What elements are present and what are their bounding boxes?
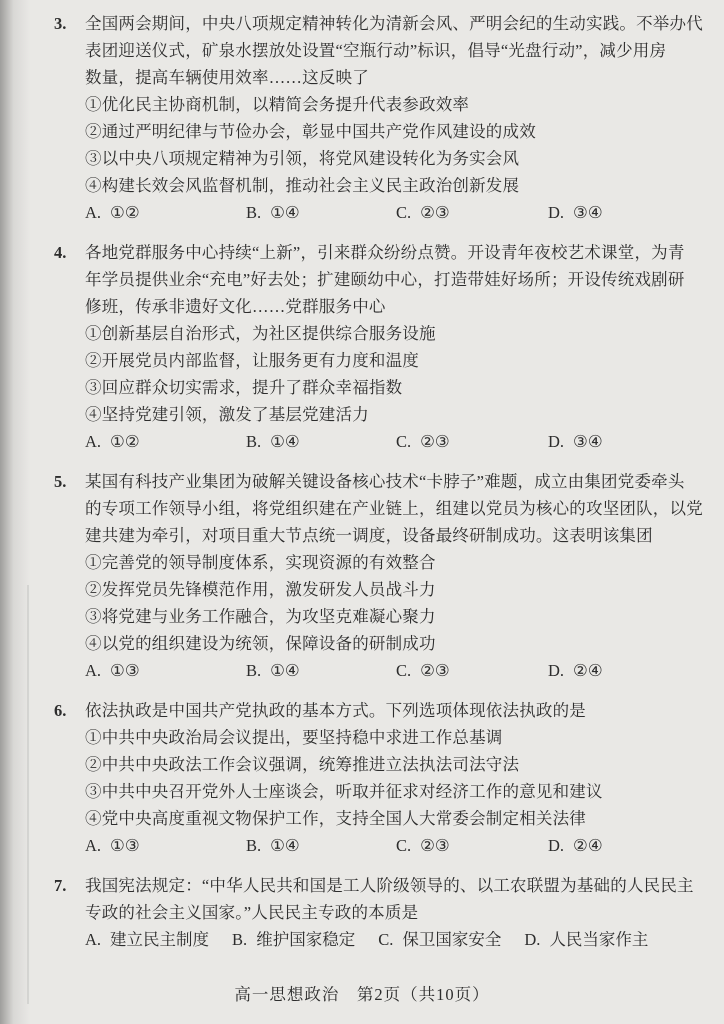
option-B: B.①④ xyxy=(246,832,396,859)
option-value: ②③ xyxy=(420,836,450,855)
questions-list: 3.全国两会期间，中央八项规定精神转化为清新会风、严明会纪的生动实践。不举办代表… xyxy=(85,10,680,966)
statement-line: ②中共中央政法工作会议强调，统筹推进立法执法司法守法 xyxy=(85,751,680,778)
footer-text: 高一思想政治 第2页（共10页） xyxy=(234,985,489,1004)
option-D: D.人民当家作主 xyxy=(524,926,648,953)
options-row: A.①③B.①④C.②③D.②④ xyxy=(85,832,680,859)
question-4: 4.各地党群服务中心持续“上新”，引来群众纷纷点赞。开设青年夜校艺术课堂，为青年… xyxy=(85,239,680,455)
stem-line: 年学员提供业余“充电”好去处；扩建颐幼中心，打造带娃好场所；开设传统戏剧研 xyxy=(85,266,680,293)
option-label: B. xyxy=(246,836,261,855)
option-value: 保卫国家安全 xyxy=(402,930,501,949)
scan-crease-line xyxy=(27,585,29,1004)
option-label: B. xyxy=(232,930,247,949)
option-label: D. xyxy=(524,930,540,949)
stem-line: 全国两会期间，中央八项规定精神转化为清新会风、严明会纪的生动实践。不举办代 xyxy=(85,10,680,37)
option-C: C.保卫国家安全 xyxy=(378,926,501,953)
statement-line: ①完善党的领导制度体系，实现资源的有效整合 xyxy=(85,549,680,576)
statement-line: ②开展党员内部监督，让服务更有力度和温度 xyxy=(85,347,680,374)
option-A: A.建立民主制度 xyxy=(85,926,209,953)
option-A: A.①③ xyxy=(85,657,246,684)
option-C: C.②③ xyxy=(396,832,548,859)
option-B: B.①④ xyxy=(246,199,396,226)
option-A: A.①③ xyxy=(85,832,246,859)
option-label: A. xyxy=(85,661,101,680)
option-value: ②③ xyxy=(420,661,450,680)
statement-line: ③回应群众切实需求，提升了群众幸福指数 xyxy=(85,374,680,401)
exam-page: 3.全国两会期间，中央八项规定精神转化为清新会风、严明会纪的生动实践。不举办代表… xyxy=(0,0,724,1024)
option-value: ③④ xyxy=(573,203,603,222)
question-number: 7. xyxy=(54,872,66,899)
option-value: ②④ xyxy=(573,661,603,680)
option-label: A. xyxy=(85,836,101,855)
option-value: ①② xyxy=(110,432,140,451)
statement-line: ④党中央高度重视文物保护工作，支持全国人大常委会制定相关法律 xyxy=(85,805,680,832)
option-B: B.①④ xyxy=(246,657,396,684)
option-label: B. xyxy=(246,203,261,222)
statement-line: ①创新基层自治形式，为社区提供综合服务设施 xyxy=(85,320,680,347)
question-7: 7.我国宪法规定：“中华人民共和国是工人阶级领导的、以工农联盟为基础的人民民主专… xyxy=(85,872,680,953)
option-label: C. xyxy=(396,203,411,222)
option-value: ①④ xyxy=(270,203,300,222)
options-row: A.建立民主制度B.维护国家稳定C.保卫国家安全D.人民当家作主 xyxy=(85,926,680,953)
option-label: D. xyxy=(548,203,564,222)
option-label: C. xyxy=(396,432,411,451)
option-value: ②③ xyxy=(420,203,450,222)
stem-line: 专政的社会主义国家。”人民民主专政的本质是 xyxy=(85,899,680,926)
option-A: A.①② xyxy=(85,199,246,226)
option-value: ②③ xyxy=(420,432,450,451)
option-value: ③④ xyxy=(573,432,603,451)
statement-line: ①优化民主协商机制，以精简会务提升代表参政效率 xyxy=(85,91,680,118)
options-row: A.①③B.①④C.②③D.②④ xyxy=(85,657,680,684)
option-label: B. xyxy=(246,432,261,451)
option-D: D.②④ xyxy=(548,657,680,684)
option-label: A. xyxy=(85,203,101,222)
statement-line: ④构建长效会风监督机制，推动社会主义民主政治创新发展 xyxy=(85,172,680,199)
statement-line: ④以党的组织建设为统领，保障设备的研制成功 xyxy=(85,630,680,657)
stem-line: 我国宪法规定：“中华人民共和国是工人阶级领导的、以工农联盟为基础的人民民主 xyxy=(85,872,680,899)
option-label: D. xyxy=(548,432,564,451)
option-label: A. xyxy=(85,930,101,949)
stem-line: 修班，传承非遗好文化……党群服务中心 xyxy=(85,293,680,320)
option-value: ①② xyxy=(110,203,140,222)
stem-line: 建共建为牵引，对项目重大节点统一调度，设备最终研制成功。这表明该集团 xyxy=(85,522,680,549)
statement-line: ③中共中央召开党外人士座谈会，听取并征求对经济工作的意见和建议 xyxy=(85,778,680,805)
statement-line: ①中共中央政治局会议提出，要坚持稳中求进工作总基调 xyxy=(85,724,680,751)
option-D: D.③④ xyxy=(548,199,680,226)
stem-line: 数量，提高车辆使用效率……这反映了 xyxy=(85,64,680,91)
option-D: D.③④ xyxy=(548,428,680,455)
option-value: ①③ xyxy=(110,836,140,855)
option-value: ①④ xyxy=(270,836,300,855)
option-value: ①③ xyxy=(110,661,140,680)
options-row: A.①②B.①④C.②③D.③④ xyxy=(85,199,680,226)
option-value: ①④ xyxy=(270,432,300,451)
page-footer: 高一思想政治 第2页（共10页） xyxy=(0,981,724,1005)
question-number: 4. xyxy=(54,239,66,266)
question-number: 5. xyxy=(54,468,66,495)
option-value: 建立民主制度 xyxy=(110,930,209,949)
question-number: 6. xyxy=(54,697,66,724)
option-value: 人民当家作主 xyxy=(549,930,648,949)
option-label: C. xyxy=(378,930,393,949)
stem-line: 表团迎送仪式，矿泉水摆放处设置“空瓶行动”标识，倡导“光盘行动”，减少用房 xyxy=(85,37,680,64)
question-number: 3. xyxy=(54,10,66,37)
option-B: B.维护国家稳定 xyxy=(232,926,355,953)
option-C: C.②③ xyxy=(396,428,548,455)
option-C: C.②③ xyxy=(396,199,548,226)
option-value: ②④ xyxy=(573,836,603,855)
option-B: B.①④ xyxy=(246,428,396,455)
stem-line: 依法执政是中国共产党执政的基本方式。下列选项体现依法执政的是 xyxy=(85,697,680,724)
option-D: D.②④ xyxy=(548,832,680,859)
option-label: D. xyxy=(548,661,564,680)
option-label: B. xyxy=(246,661,261,680)
statement-line: ④坚持党建引领，激发了基层党建活力 xyxy=(85,401,680,428)
stem-line: 各地党群服务中心持续“上新”，引来群众纷纷点赞。开设青年夜校艺术课堂，为青 xyxy=(85,239,680,266)
question-3: 3.全国两会期间，中央八项规定精神转化为清新会风、严明会纪的生动实践。不举办代表… xyxy=(85,10,680,226)
scan-left-shadow xyxy=(0,0,30,1024)
option-label: D. xyxy=(548,836,564,855)
question-5: 5.某国有科技产业集团为破解关键设备核心技术“卡脖子”难题，成立由集团党委牵头的… xyxy=(85,468,680,684)
option-C: C.②③ xyxy=(396,657,548,684)
stem-line: 的专项工作领导小组，将党组织建在产业链上，组建以党员为核心的攻坚团队，以党 xyxy=(85,495,680,522)
option-A: A.①② xyxy=(85,428,246,455)
option-label: C. xyxy=(396,836,411,855)
option-value: ①④ xyxy=(270,661,300,680)
option-label: A. xyxy=(85,432,101,451)
statement-line: ③以中央八项规定精神为引领，将党风建设转化为务实会风 xyxy=(85,145,680,172)
statement-line: ②通过严明纪律与节俭办会，彰显中国共产党作风建设的成效 xyxy=(85,118,680,145)
statement-line: ②发挥党员先锋模范作用，激发研发人员战斗力 xyxy=(85,576,680,603)
option-value: 维护国家稳定 xyxy=(256,930,355,949)
stem-line: 某国有科技产业集团为破解关键设备核心技术“卡脖子”难题，成立由集团党委牵头 xyxy=(85,468,680,495)
question-6: 6.依法执政是中国共产党执政的基本方式。下列选项体现依法执政的是①中共中央政治局… xyxy=(85,697,680,859)
option-label: C. xyxy=(396,661,411,680)
statement-line: ③将党建与业务工作融合，为攻坚克难凝心聚力 xyxy=(85,603,680,630)
options-row: A.①②B.①④C.②③D.③④ xyxy=(85,428,680,455)
